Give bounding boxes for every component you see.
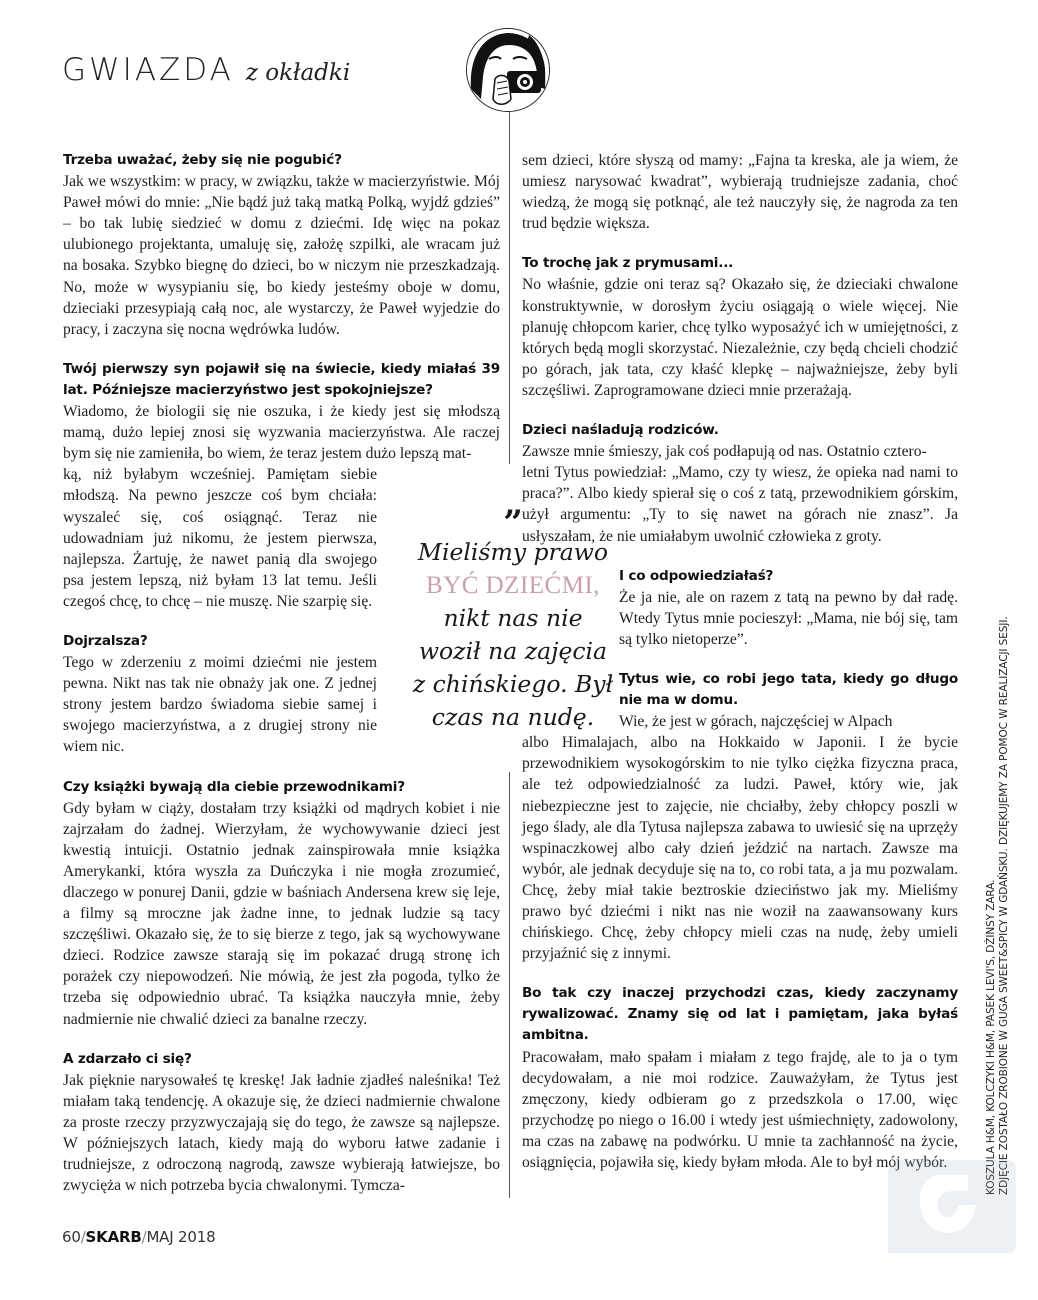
interview-answer: Tego w zderzeniu z moimi dziećmi nie jes… — [63, 652, 377, 757]
interview-answer-continued: letni Tytus powiedział: „Mamo, czy ty wi… — [522, 462, 958, 546]
interview-question: Tytus wie, co robi jego tata, kiedy go d… — [619, 669, 958, 711]
issue-date: MAJ 2018 — [146, 1228, 215, 1246]
interview-answer: Że ja nie, ale on razem z tatą na pewno … — [619, 587, 958, 650]
woman-with-camera-icon — [466, 28, 550, 112]
wardrobe-credits: KOSZULA H&M, KOLCZYKI H&M, PASEK LEVI'S,… — [985, 616, 998, 1195]
illustration-connector-line — [509, 112, 510, 148]
interview-question: To trochę jak z prymusami... — [522, 253, 958, 274]
interview-answer-continued: albo Himalajach, albo na Hokkaido w Japo… — [522, 732, 958, 964]
right-column: sem dzieci, które słyszą od mamy: „Fajna… — [522, 150, 958, 1173]
interview-answer: Wiadomo, że biologii się nie oszuka, i ż… — [63, 401, 500, 464]
page-footer: 60/SKARB/MAJ 2018 — [62, 1228, 215, 1246]
interview-question: A zdarzało ci się? — [63, 1049, 500, 1070]
interview-question: I co odpowiedziałaś? — [619, 566, 958, 587]
column-divider-bottom — [509, 772, 510, 1198]
interview-question: Trzeba uważać, żeby się nie pogubić? — [63, 150, 500, 171]
interview-question: Czy książki bywają dla ciebie przewodnik… — [63, 777, 500, 798]
interview-answer: Wie, że jest w górach, najczęściej w Alp… — [619, 711, 958, 732]
magazine-name: SKARB — [86, 1228, 142, 1246]
interview-question: Bo tak czy inaczej przychodzi czas, kied… — [522, 983, 958, 1046]
section-title: GWIAZDA — [62, 52, 234, 88]
interview-answer-continued: sem dzieci, które słyszą od mamy: „Fajna… — [522, 150, 958, 234]
interview-answer-continued: ką, niż byłabym wcześniej. Pamiętam sieb… — [63, 464, 377, 612]
interview-answer: No właśnie, gdzie oni teraz są? Okazało … — [522, 274, 958, 401]
interview-answer: Zawsze mnie śmieszy, jak coś podłapują o… — [522, 441, 958, 462]
location-credits: ZDJĘCIE ZOSTAŁO ZROBIONE W GUGA SWEET&SP… — [998, 616, 1011, 1195]
photo-credits: KOSZULA H&M, KOLCZYKI H&M, PASEK LEVI'S,… — [985, 616, 1011, 1195]
magazine-page: GWIAZDA z okładki Trzeba uważać, żeby si… — [0, 0, 1038, 1300]
section-subtitle: z okładki — [246, 60, 350, 86]
interview-answer: Jak pięknie narysowałeś tę kreskę! Jak ł… — [63, 1070, 500, 1197]
section-header: GWIAZDA z okładki — [62, 52, 350, 88]
publisher-watermark-icon — [878, 1155, 1018, 1255]
interview-answer: Gdy byłam w ciąży, dostałam trzy książki… — [63, 798, 500, 1030]
page-number: 60 — [62, 1228, 81, 1246]
interview-question: Twój pierwszy syn pojawił się na świecie… — [63, 359, 500, 401]
column-divider-top — [509, 148, 510, 464]
interview-answer: Jak we wszystkim: w pracy, w związku, ta… — [63, 171, 500, 340]
interview-question: Dzieci naśladują rodziców. — [522, 420, 958, 441]
